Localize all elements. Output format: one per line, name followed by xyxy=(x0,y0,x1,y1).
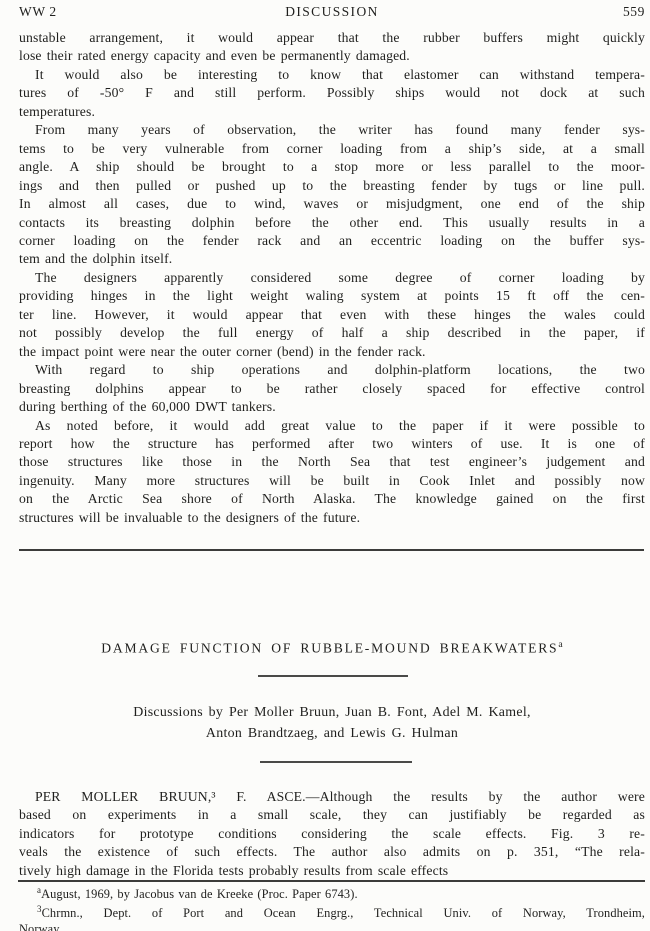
text-line: ingenuity. Many more structures will be … xyxy=(19,472,645,490)
footnote-marker: 3 xyxy=(37,904,42,914)
title-divider-rule xyxy=(258,675,408,677)
text-line: tures of -50° F and still perform. Possi… xyxy=(19,84,645,102)
section-divider-rule xyxy=(19,549,644,551)
footnote-marker: a xyxy=(37,885,41,895)
text-line: angle. A ship should be brought to a sto… xyxy=(19,158,645,176)
section-title: DAMAGE FUNCTION OF RUBBLE-MOUND BREAKWAT… xyxy=(19,639,645,657)
text-line: In almost all cases, due to wind, waves … xyxy=(19,195,645,213)
text-line: It would also be interesting to know tha… xyxy=(19,66,645,84)
text-line: ings and then pulled or pushed up to the… xyxy=(19,177,645,195)
text-line: With regard to ship operations and dolph… xyxy=(19,361,645,379)
footnote-line: aAugust, 1969, by Jacobus van de Kreeke … xyxy=(19,883,645,902)
byline-line: Discussions by Per Moller Bruun, Juan B.… xyxy=(19,703,645,724)
text-line: PER MOLLER BRUUN,³ F. ASCE.—Although the… xyxy=(19,788,645,806)
text-line: veals the existence of such effects. The… xyxy=(19,843,645,861)
text-line: corner loading on the fender rack and an… xyxy=(19,232,645,250)
discussion-body-text: unstable arrangement, it would appear th… xyxy=(19,29,645,527)
text-line: lose their rated energy capacity and eve… xyxy=(19,47,645,65)
text-line: temperatures. xyxy=(19,103,645,121)
text-line: tively high damage in the Florida tests … xyxy=(19,862,645,880)
text-line: From many years of observation, the writ… xyxy=(19,121,645,139)
text-line: As noted before, it would add great valu… xyxy=(19,417,645,435)
running-head-title: DISCUSSION xyxy=(285,4,379,20)
text-line: ter line. However, it would appear that … xyxy=(19,306,645,324)
text-line: unstable arrangement, it would appear th… xyxy=(19,29,645,47)
running-header: WW 2 DISCUSSION 559 xyxy=(19,4,645,20)
footnotes: aAugust, 1969, by Jacobus van de Kreeke … xyxy=(19,883,645,931)
text-line: tems to be very vulnerable from corner l… xyxy=(19,140,645,158)
text-line: during berthing of the 60,000 DWT tanker… xyxy=(19,398,645,416)
byline-divider-rule xyxy=(260,761,412,763)
text-line: those structures like those in the North… xyxy=(19,453,645,471)
text-line: structures will be invaluable to the des… xyxy=(19,509,645,527)
page-number: 559 xyxy=(379,4,645,20)
text-line: based on experiments in a small scale, t… xyxy=(19,806,645,824)
discussers-byline: Discussions by Per Moller Bruun, Juan B.… xyxy=(19,703,645,744)
text-line: report how the structure has performed a… xyxy=(19,435,645,453)
journal-page: WW 2 DISCUSSION 559 unstable arrangement… xyxy=(0,0,650,931)
footnote-separator-rule xyxy=(18,880,645,882)
text-line: contacts its breasting dolphin before th… xyxy=(19,214,645,232)
text-line: indicators for prototype conditions cons… xyxy=(19,825,645,843)
running-head-volume: WW 2 xyxy=(19,4,285,20)
text-line: on the Arctic Sea shore of North Alaska.… xyxy=(19,490,645,508)
title-footnote-marker: a xyxy=(558,639,562,650)
section-title-text: DAMAGE FUNCTION OF RUBBLE-MOUND BREAKWAT… xyxy=(101,641,558,656)
footnote-line: Norway. xyxy=(19,922,645,931)
byline-line: Anton Brandtzaeg, and Lewis G. Hulman xyxy=(19,724,645,745)
text-line: providing hinges in the light weight wal… xyxy=(19,287,645,305)
bruun-discussion-text: PER MOLLER BRUUN,³ F. ASCE.—Although the… xyxy=(19,788,645,880)
footnote-line: 3Chrmn., Dept. of Port and Ocean Engrg.,… xyxy=(19,902,645,921)
text-line: The designers apparently considered some… xyxy=(19,269,645,287)
text-line: not possibly develop the full energy of … xyxy=(19,324,645,342)
text-line: the impact point were near the outer cor… xyxy=(19,343,645,361)
text-line: tem and the dolphin itself. xyxy=(19,250,645,268)
text-line: breasting dolphins appear to be rather c… xyxy=(19,380,645,398)
